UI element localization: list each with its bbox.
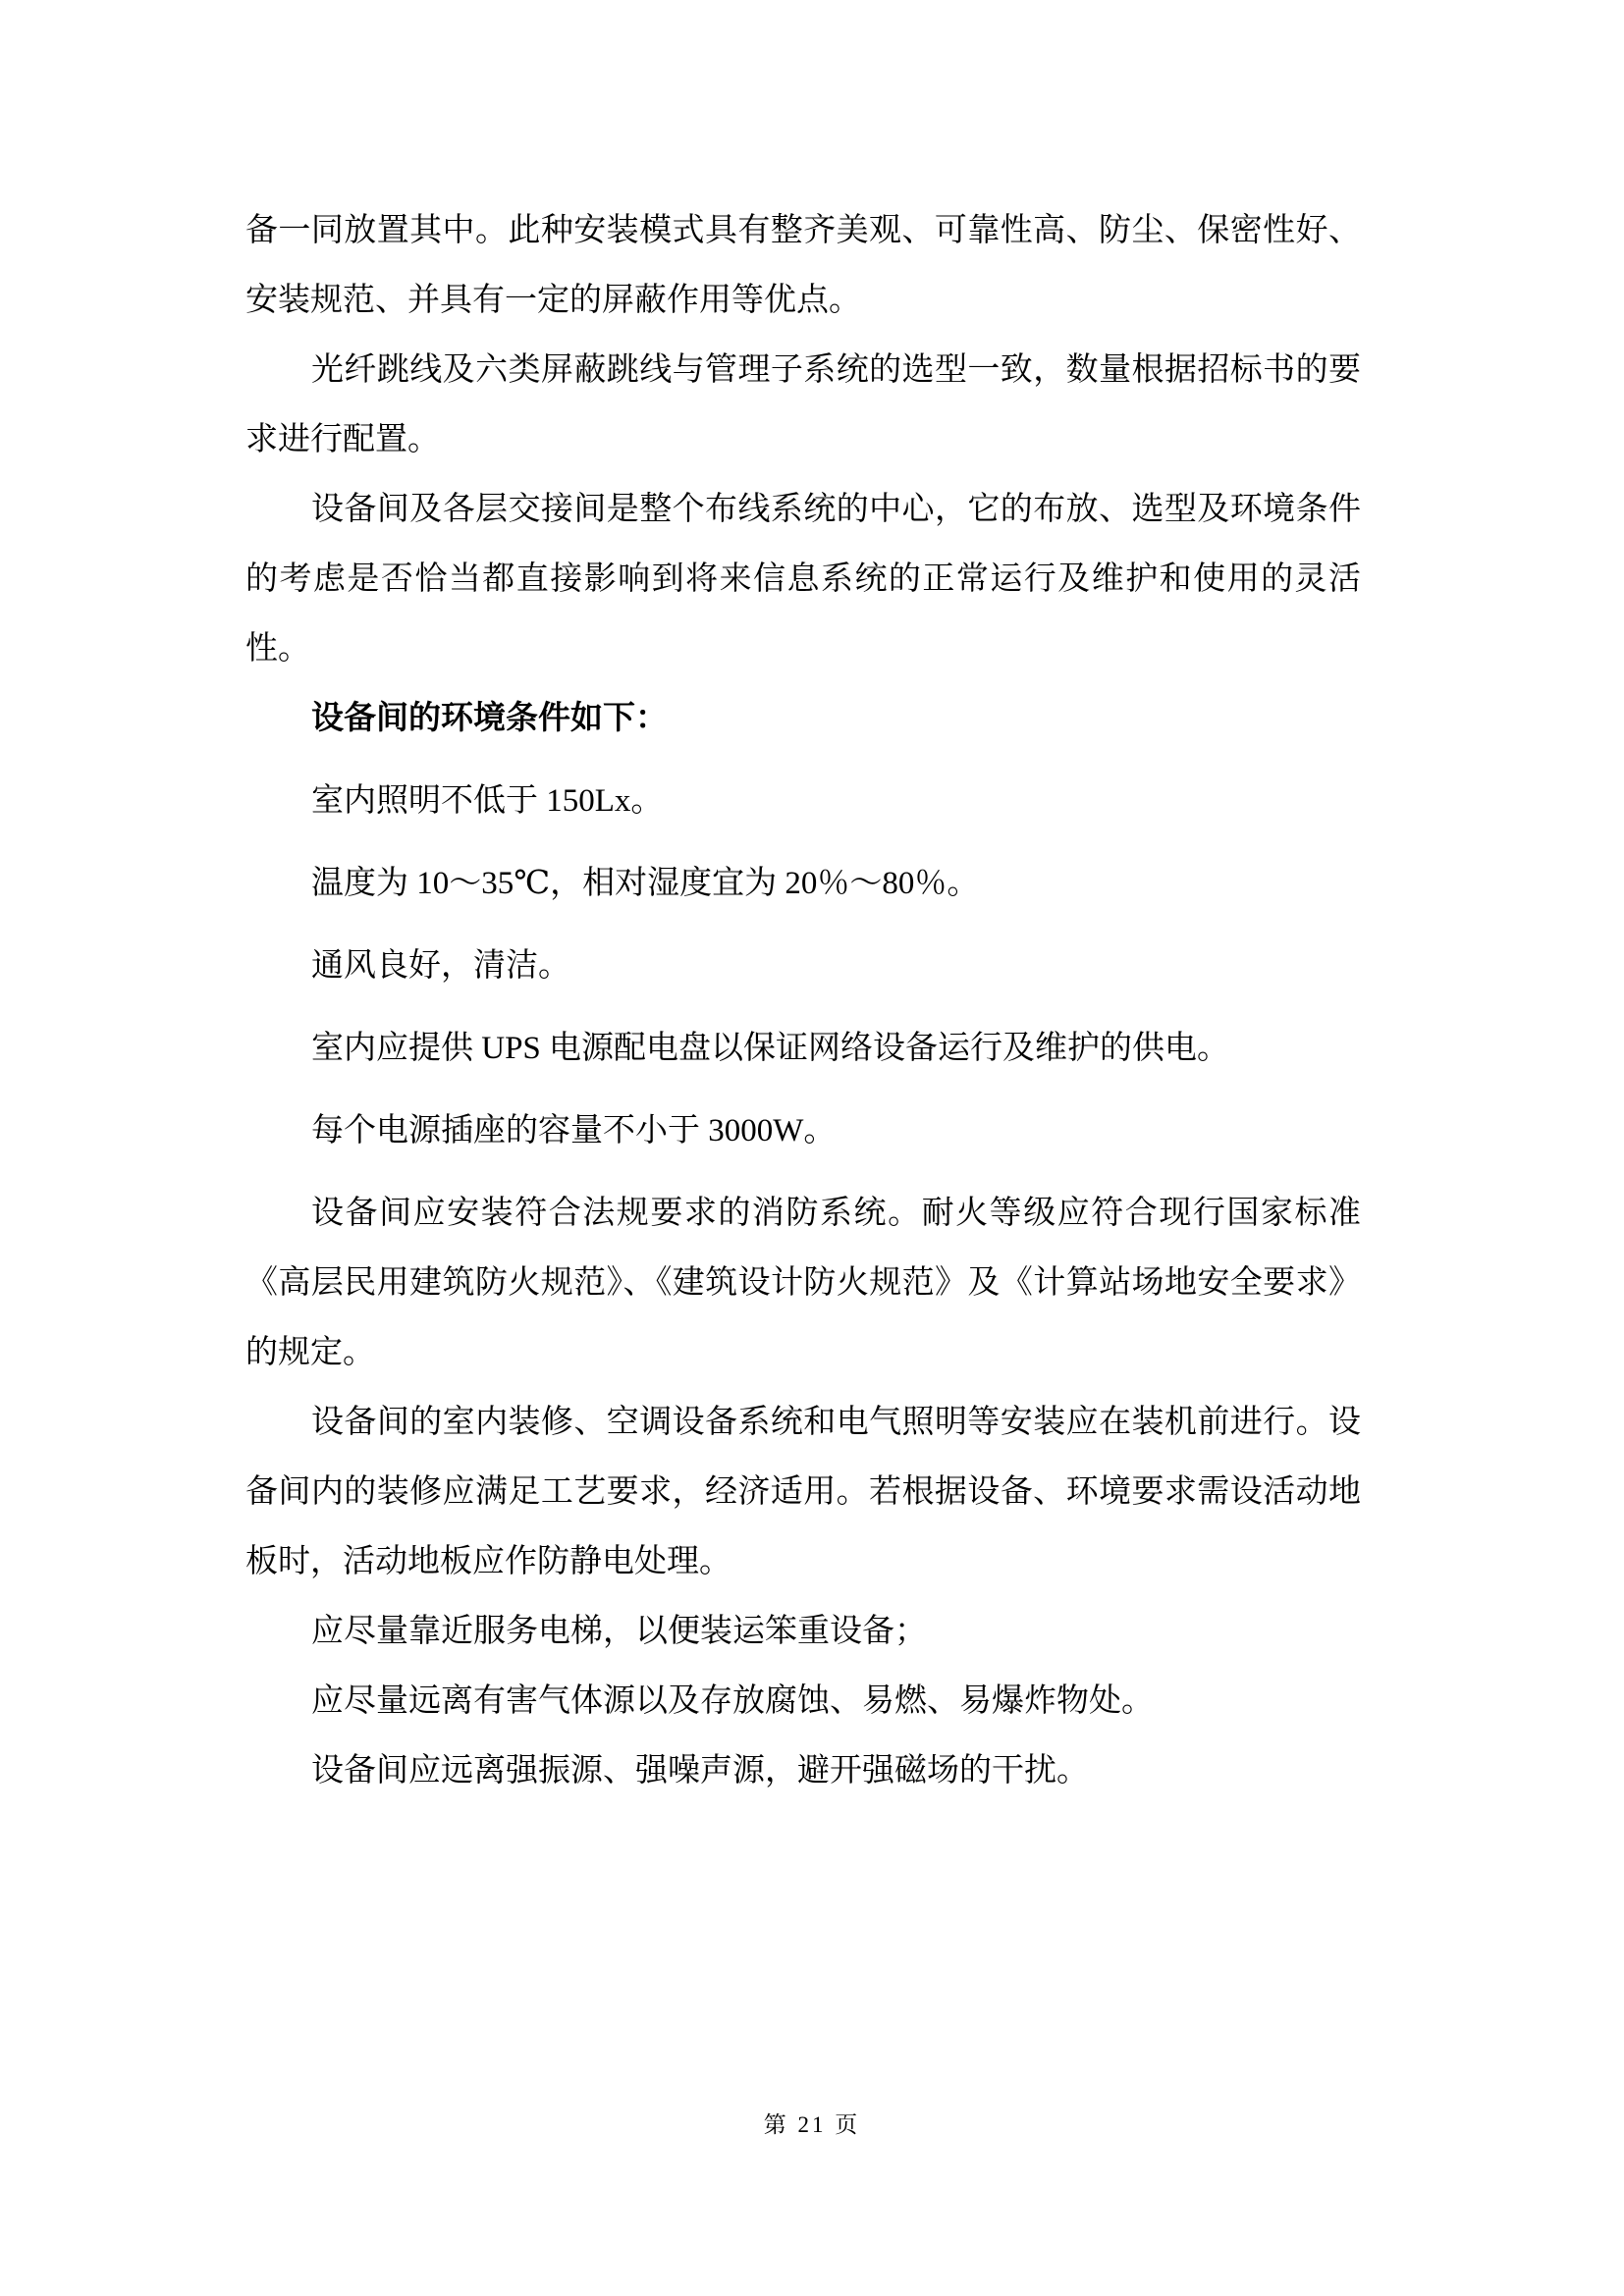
paragraph: 应尽量靠近服务电梯，以便装运笨重设备； [245, 1597, 1361, 1667]
paragraph: 温度为 10～35℃，相对湿度宜为 20％～80％。 [245, 849, 1361, 919]
paragraph: 每个电源插座的容量不小于 3000W。 [245, 1096, 1361, 1166]
paragraph: 光纤跳线及六类屏蔽跳线与管理子系统的选型一致，数量根据招标书的要求进行配置。 [245, 336, 1361, 475]
document-page: 备一同放置其中。此种安装模式具有整齐美观、可靠性高、防尘、保密性好、安装规范、并… [0, 0, 1624, 2296]
paragraph: 室内照明不低于 150Lx。 [245, 767, 1361, 836]
paragraph: 通风良好，清洁。 [245, 932, 1361, 1001]
paragraph: 设备间的室内装修、空调设备系统和电气照明等安装应在装机前进行。设备间内的装修应满… [245, 1388, 1361, 1597]
paragraph: 室内应提供 UPS 电源配电盘以保证网络设备运行及维护的供电。 [245, 1014, 1361, 1084]
paragraph: 设备间应远离强振源、强噪声源，避开强磁场的干扰。 [245, 1736, 1361, 1806]
paragraph: 设备间及各层交接间是整个布线系统的中心，它的布放、选型及环境条件的考虑是否恰当都… [245, 475, 1361, 684]
paragraph: 设备间应安装符合法规要求的消防系统。耐火等级应符合现行国家标准《高层民用建筑防火… [245, 1179, 1361, 1388]
paragraph: 备一同放置其中。此种安装模式具有整齐美观、可靠性高、防尘、保密性好、安装规范、并… [245, 196, 1361, 336]
page-number: 第 21 页 [0, 2107, 1624, 2139]
section-heading: 设备间的环境条件如下： [245, 684, 1361, 754]
paragraph: 应尽量远离有害气体源以及存放腐蚀、易燃、易爆炸物处。 [245, 1667, 1361, 1736]
document-body: 备一同放置其中。此种安装模式具有整齐美观、可靠性高、防尘、保密性好、安装规范、并… [245, 196, 1361, 1806]
